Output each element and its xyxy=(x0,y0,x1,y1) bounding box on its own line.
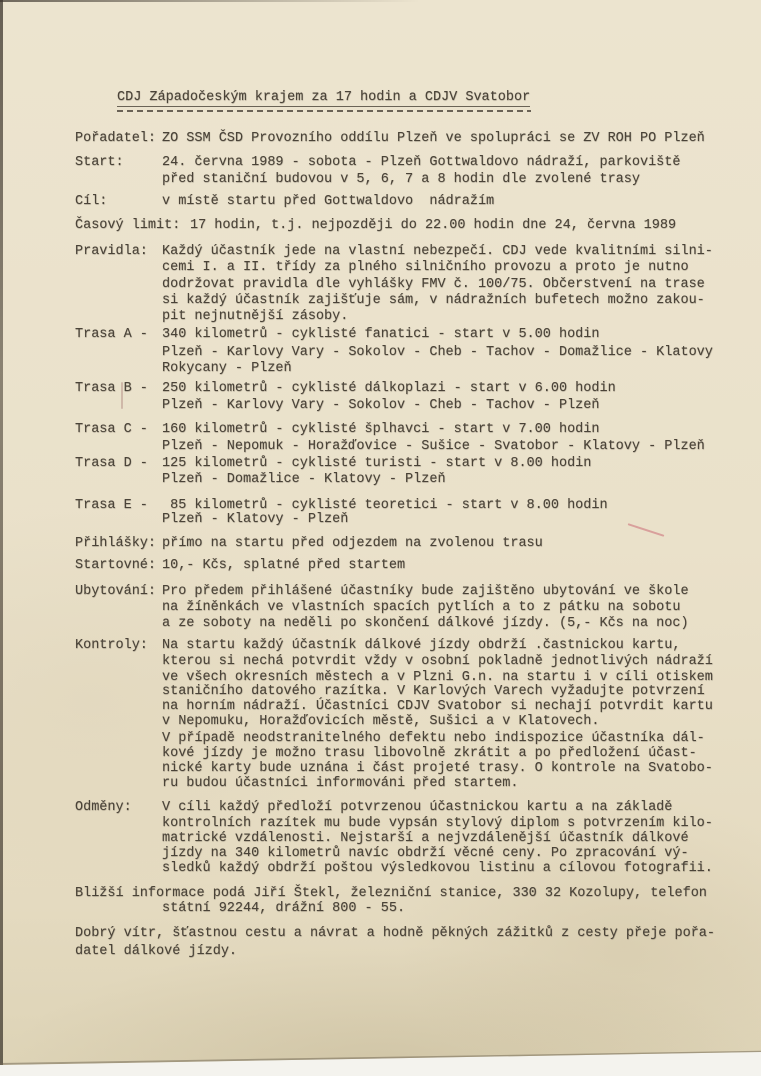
line-kontroly-4: staničního datového razítka. V Karlových… xyxy=(162,684,705,700)
line-blizsi-informace-1: Bližší informace podá Jiří Štekl, železn… xyxy=(75,886,707,902)
line-odmeny-4: jízdy na 340 kilometrů navíc obdrží věcn… xyxy=(162,846,689,862)
line-ubytovani-2: na žíněnkách ve vlastních spacích pytlíc… xyxy=(162,600,680,616)
line-odmeny-1: V cíli každý předloží potvrzenou účastni… xyxy=(162,800,672,816)
line-zaver-2: datel dálkové jízdy. xyxy=(75,944,237,960)
label-trasa-b: Trasa B - xyxy=(75,381,148,397)
line-cil-1: v místě startu před Gottwaldovo nádražím xyxy=(162,194,494,210)
line-pravidla-2: cemi I. a II. třídy za plného silničního… xyxy=(162,260,689,276)
line-kontroly-7: V případě neodstranitelného defektu nebo… xyxy=(162,731,705,747)
label-cil: Cíl: xyxy=(75,194,107,210)
line-trasa-a-1: 340 kilometrů - cyklisté fanatici - star… xyxy=(162,327,599,343)
scan-edge-left xyxy=(0,0,3,1066)
line-kontroly-9: nické karty bude uznána i část projeté t… xyxy=(162,761,713,777)
label-odmeny: Odměny: xyxy=(75,800,132,816)
title-underline xyxy=(117,110,531,112)
line-trasa-b-2: Plzeň - Karlovy Vary - Sokolov - Cheb - … xyxy=(162,398,599,414)
typewritten-page: CDJ Západočeským krajem za 17 hodin a CD… xyxy=(0,0,761,1076)
line-kontroly-1: Na startu každý účastník dálkové jízdy o… xyxy=(162,638,680,654)
line-kontroly-2: kterou si nechá potvrdit vždy v osobní p… xyxy=(162,654,713,670)
line-trasa-b-1: 250 kilometrů - cyklisté dálkoplazi - st… xyxy=(162,381,616,397)
line-trasa-e-2: Plzeň - Klatovy - Plzeň xyxy=(162,512,348,528)
line-trasa-d-1: 125 kilometrů - cyklisté turisti - start… xyxy=(162,456,591,472)
line-trasa-c-2: Plzeň - Nepomuk - Horažďovice - Sušice -… xyxy=(162,439,705,455)
label-prihlasky: Přihlášky: xyxy=(75,536,156,552)
line-trasa-c-1: 160 kilometrů - cyklisté šplhavci - star… xyxy=(162,422,599,438)
label-trasa-e: Trasa E - xyxy=(75,498,148,514)
line-poradatel-1: ZO SSM ČSD Provozního oddílu Plzeň ve sp… xyxy=(162,131,705,147)
label-start: Start: xyxy=(75,155,124,171)
line-zaver-1: Dobrý vítr, šťastnou cestu a návrat a ho… xyxy=(75,926,715,942)
line-trasa-a-3: Rokycany - Plzeň xyxy=(162,361,292,377)
line-blizsi-informace-2: státní 92244, drážní 800 - 55. xyxy=(162,901,405,917)
line-kontroly-8: kové jízdy je možno trasu libovolně zkrá… xyxy=(162,746,697,762)
label-pravidla: Pravidla: xyxy=(75,244,148,260)
line-kontroly-5: na horním nádraží. Účastníci CDJV Svatob… xyxy=(162,699,713,715)
label-casovy-limit: Časový limit: xyxy=(75,218,180,234)
line-prihlasky-1: přímo na startu před odjezdem na zvoleno… xyxy=(162,536,543,552)
line-pravidla-1: Každý účastník jede na vlastní nebezpečí… xyxy=(162,244,713,260)
line-pravidla-3: dodržovat pravidla dle vyhlášky FMV č. 1… xyxy=(162,277,705,293)
paper-sheet: CDJ Západočeským krajem za 17 hodin a CD… xyxy=(0,0,761,1076)
line-trasa-d-2: Plzeň - Domažlice - Klatovy - Plzeň xyxy=(162,472,446,488)
paper-bottom-edge xyxy=(0,1050,761,1065)
label-trasa-d: Trasa D - xyxy=(75,456,148,472)
line-ubytovani-3: a ze soboty na neděli po skončení dálkov… xyxy=(162,616,689,632)
label-trasa-c: Trasa C - xyxy=(75,422,148,438)
line-odmeny-2: kontrolních razítek mu bude vypsán stylo… xyxy=(162,816,713,832)
line-odmeny-3: matrické vzdálenosti. Nejstarší a nejvzd… xyxy=(162,831,689,847)
line-start-2: před staniční budovou v 5, 6, 7 a 8 hodi… xyxy=(162,172,640,188)
scan-edge-top xyxy=(0,0,420,2)
line-casovy-limit-1: 17 hodin, t.j. nejpozději do 22.00 hodin… xyxy=(190,218,676,234)
label-poradatel: Pořadatel: xyxy=(75,131,156,147)
document-title: CDJ Západočeským krajem za 17 hodin a CD… xyxy=(117,90,530,107)
line-startovne-1: 10,- Kčs, splatné před startem xyxy=(162,558,405,574)
line-start-1: 24. června 1989 - sobota - Plzeň Gottwal… xyxy=(162,155,680,171)
line-pravidla-5: pit nejnutnější zásoby. xyxy=(162,309,348,325)
line-kontroly-6: v Nepomuku, Horažďovicích městě, Sušici … xyxy=(162,714,599,730)
pencil-mark xyxy=(121,382,123,409)
label-startovne: Startovné: xyxy=(75,558,156,574)
pink-scratch-mark xyxy=(628,523,665,537)
label-trasa-a: Trasa A - xyxy=(75,327,148,343)
label-kontroly: Kontroly: xyxy=(75,638,148,654)
line-odmeny-5: sledků každý obdrží poštou výsledkovou l… xyxy=(162,861,713,877)
line-pravidla-4: si každý účastník zajišťuje sám, v nádra… xyxy=(162,293,705,309)
label-ubytovani: Ubytování: xyxy=(75,584,156,600)
line-ubytovani-1: Pro předem přihlášené účastníky bude zaj… xyxy=(162,584,689,600)
line-kontroly-10: ru budou účastníci informováni před star… xyxy=(162,776,518,792)
line-trasa-a-2: Plzeň - Karlovy Vary - Sokolov - Cheb - … xyxy=(162,345,713,361)
